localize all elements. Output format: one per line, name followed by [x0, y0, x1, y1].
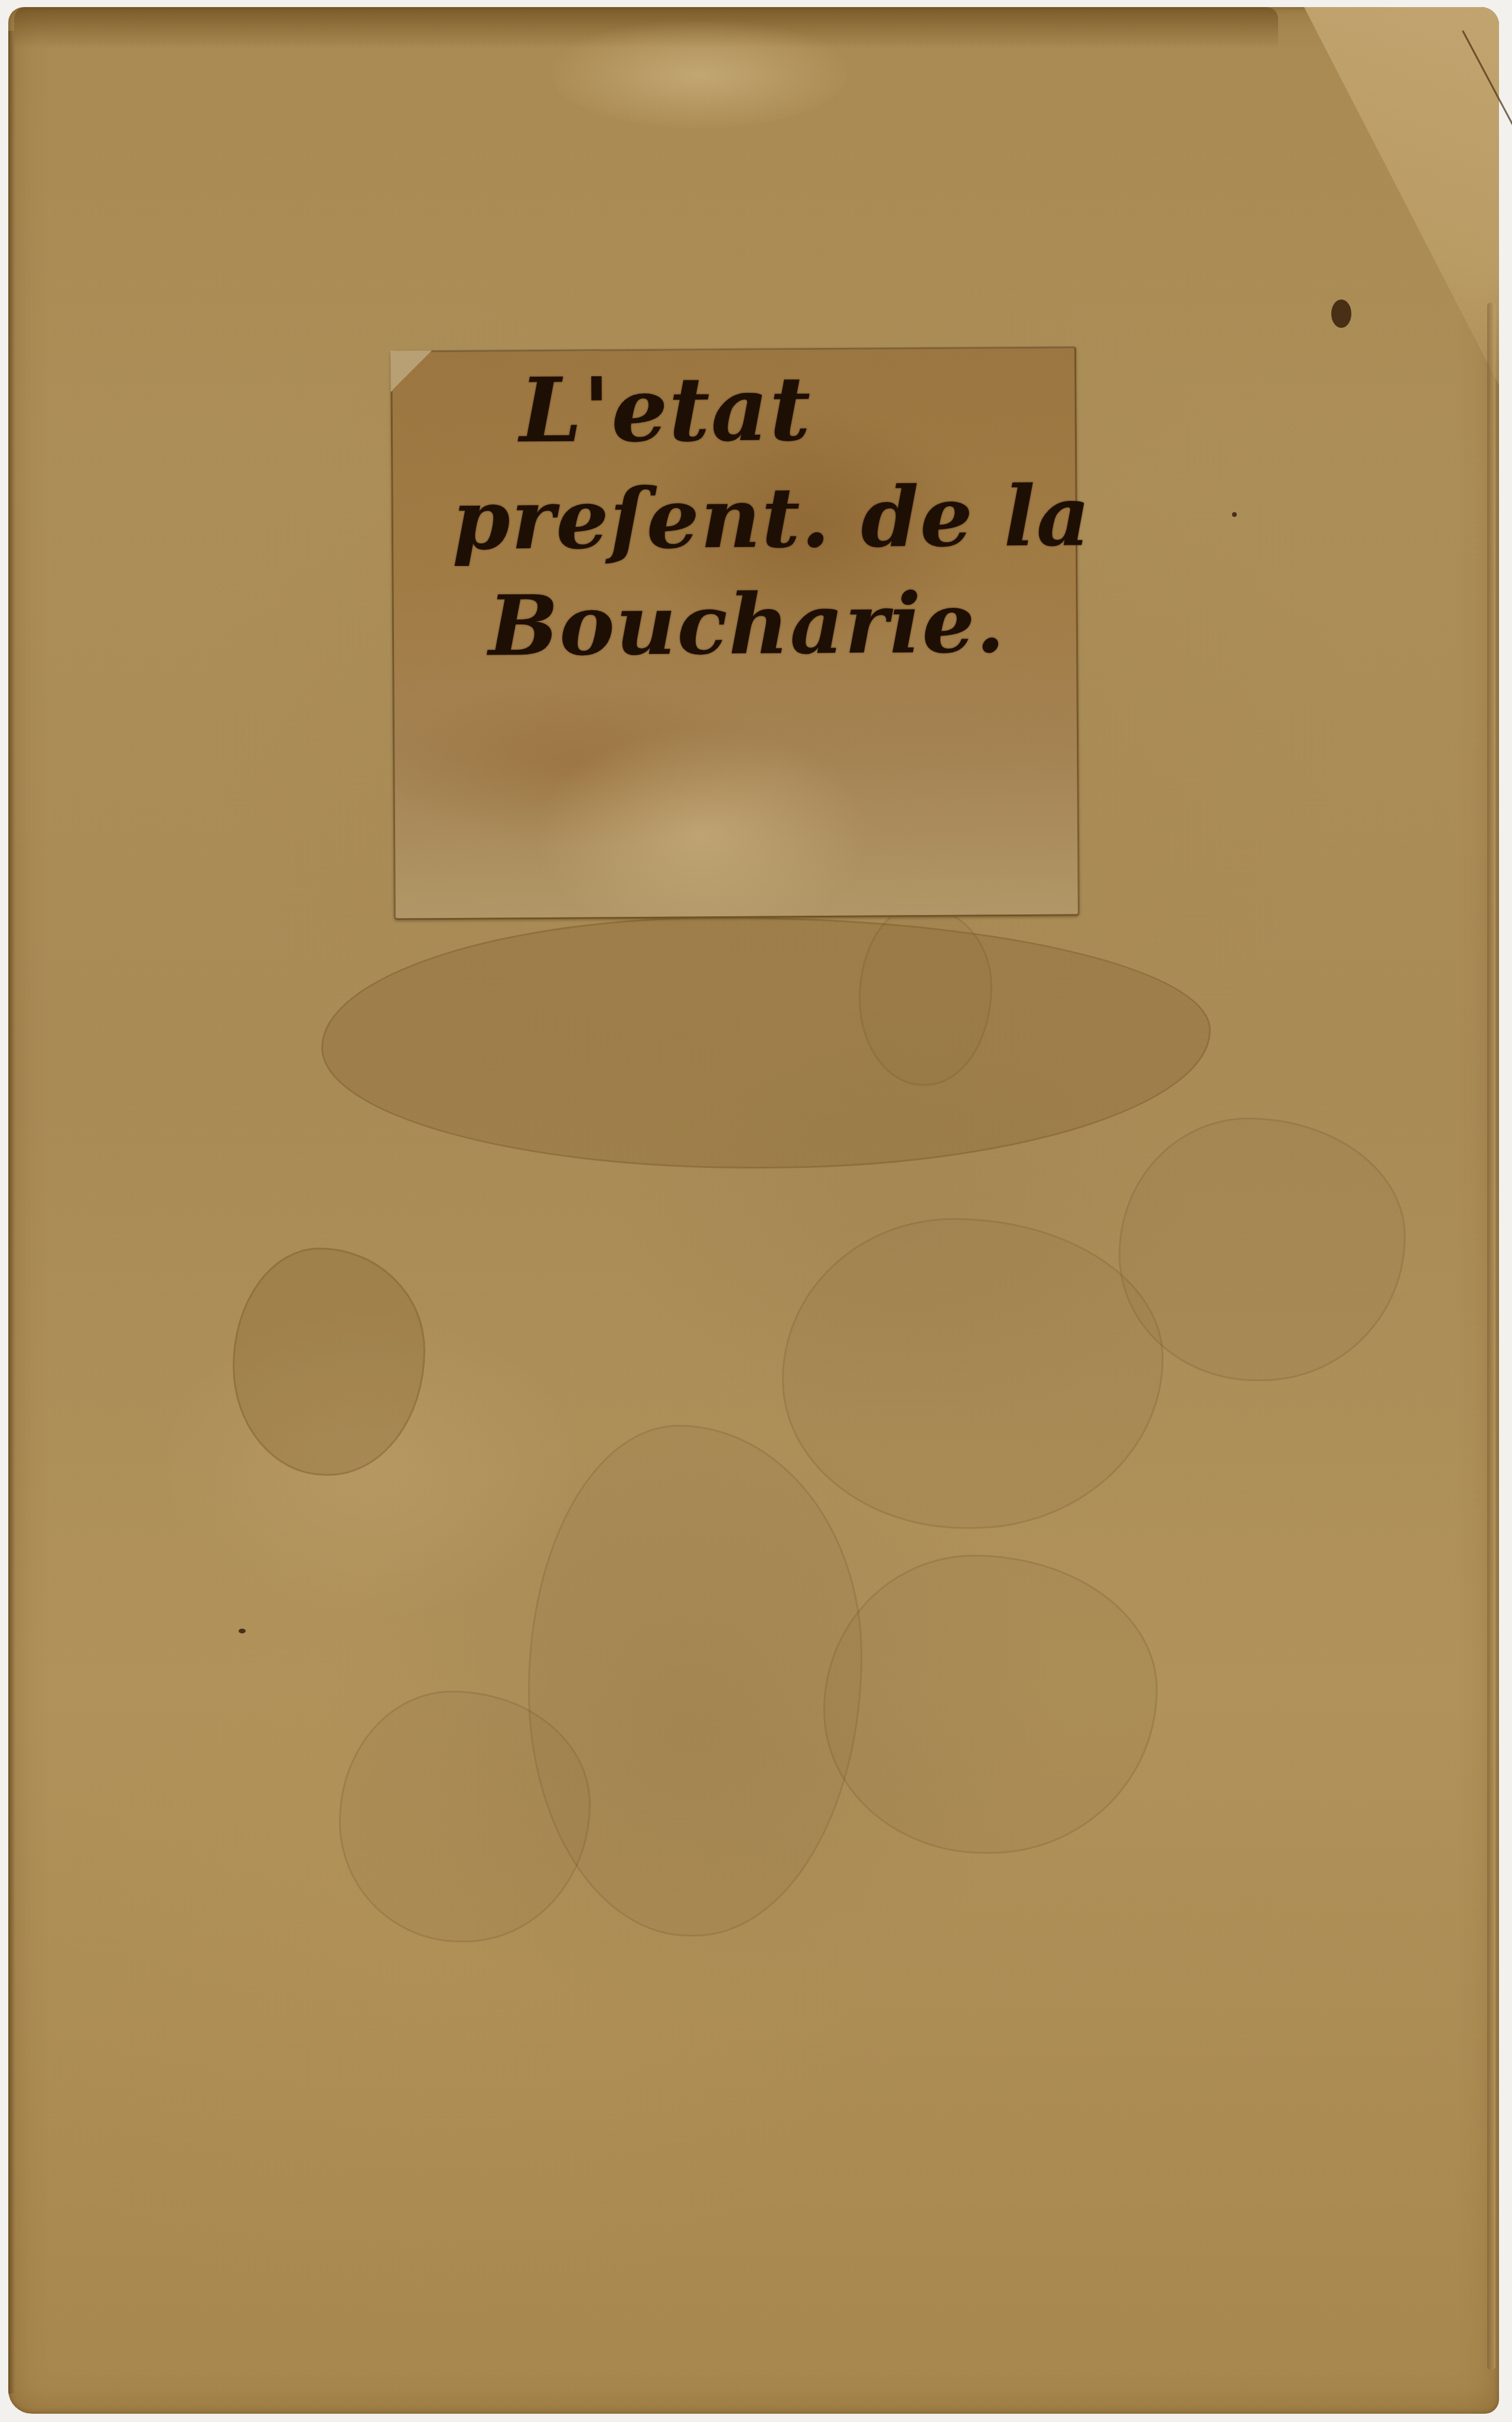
title-label: L'etat preſent. de la Boucharie.: [390, 346, 1080, 920]
water-stain: [339, 1691, 591, 1942]
book-cover: L'etat preſent. de la Boucharie.: [8, 7, 1499, 2414]
ink-spot: [1331, 300, 1351, 328]
ink-spot: [1232, 512, 1237, 517]
water-stain: [233, 1248, 425, 1476]
spine-edge: [8, 31, 15, 2394]
title-line-2: preſent. de la: [452, 475, 1091, 562]
title-line-3: Boucharie.: [488, 582, 1006, 668]
water-stain: [321, 917, 1211, 1168]
worn-patch: [552, 22, 847, 128]
page-edges: [1487, 302, 1495, 2370]
label-folded-corner: [390, 350, 432, 392]
handwritten-title: L'etat preſent. de la Boucharie.: [392, 348, 1074, 352]
water-stain: [823, 1555, 1158, 1854]
ink-spot: [239, 1629, 246, 1633]
folded-corner: [1304, 7, 1499, 385]
title-line-1: L'etat: [519, 364, 812, 455]
water-stain: [782, 1218, 1164, 1529]
